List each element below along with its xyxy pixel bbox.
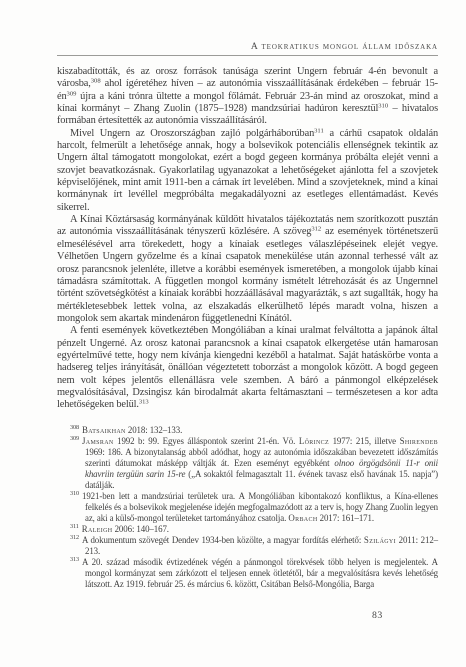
- author-smallcaps: Shirendeb: [400, 436, 438, 446]
- page-number: 83: [372, 610, 383, 621]
- footnote-ref: 309: [67, 90, 77, 97]
- footnote: 309Jamsran 1992 b: 99. Egyes álláspontok…: [57, 436, 438, 491]
- footnote: 312A dokumentum szövegét Dendev 1934-ben…: [57, 535, 438, 557]
- paragraph: Mivel Ungern az Oroszországban zajló pol…: [57, 128, 438, 214]
- footnote-ref: 311: [314, 127, 324, 134]
- footnote-ref: 308: [91, 78, 101, 85]
- footnote-number: 309: [70, 435, 79, 442]
- author-smallcaps: Raleigh: [82, 524, 113, 534]
- paragraph: A fenti események következtében Mongóliá…: [57, 325, 438, 411]
- paragraph: A Kínai Köztársaság kormányának küldött …: [57, 214, 438, 325]
- body-text: kiszabadították, és az orosz források ta…: [57, 66, 438, 412]
- italic-phrase: olnoo örgögdsönii 11-r onii khavriin ter…: [85, 458, 438, 479]
- footnote-number: 311: [70, 523, 79, 530]
- footnote: 3101921-ben lett a mandzsúriai területek…: [57, 491, 438, 524]
- paragraph: kiszabadították, és az orosz források ta…: [57, 66, 438, 128]
- author-smallcaps: Lőrincz: [299, 436, 329, 446]
- footnote: 311Raleigh 2006: 140–167.: [57, 524, 438, 535]
- footnote-ref: 310: [378, 102, 388, 109]
- author-smallcaps: Jamsran: [82, 436, 114, 446]
- footnote: 313A 20. század második évtizedének végé…: [57, 557, 438, 590]
- footnote-ref: 312: [311, 226, 321, 233]
- running-header: A teokratikus mongol állam időszaka: [57, 42, 438, 56]
- author-smallcaps: Szilágyi: [364, 535, 396, 545]
- footnote-ref: 313: [139, 399, 149, 406]
- book-page: A teokratikus mongol állam időszaka kisz…: [0, 0, 466, 667]
- author-smallcaps: Batsaikhan: [82, 425, 126, 435]
- footnotes: 308Batsaikhan 2018: 132–133.309Jamsran 1…: [57, 425, 438, 590]
- footnote-number: 312: [70, 534, 79, 541]
- footnote-number: 308: [70, 424, 79, 431]
- author-smallcaps: Orbach: [288, 513, 317, 523]
- text-block: A teokratikus mongol állam időszaka kisz…: [57, 42, 438, 590]
- footnote-number: 313: [70, 556, 79, 563]
- footnote-number: 310: [70, 490, 79, 497]
- footnote: 308Batsaikhan 2018: 132–133.: [57, 425, 438, 436]
